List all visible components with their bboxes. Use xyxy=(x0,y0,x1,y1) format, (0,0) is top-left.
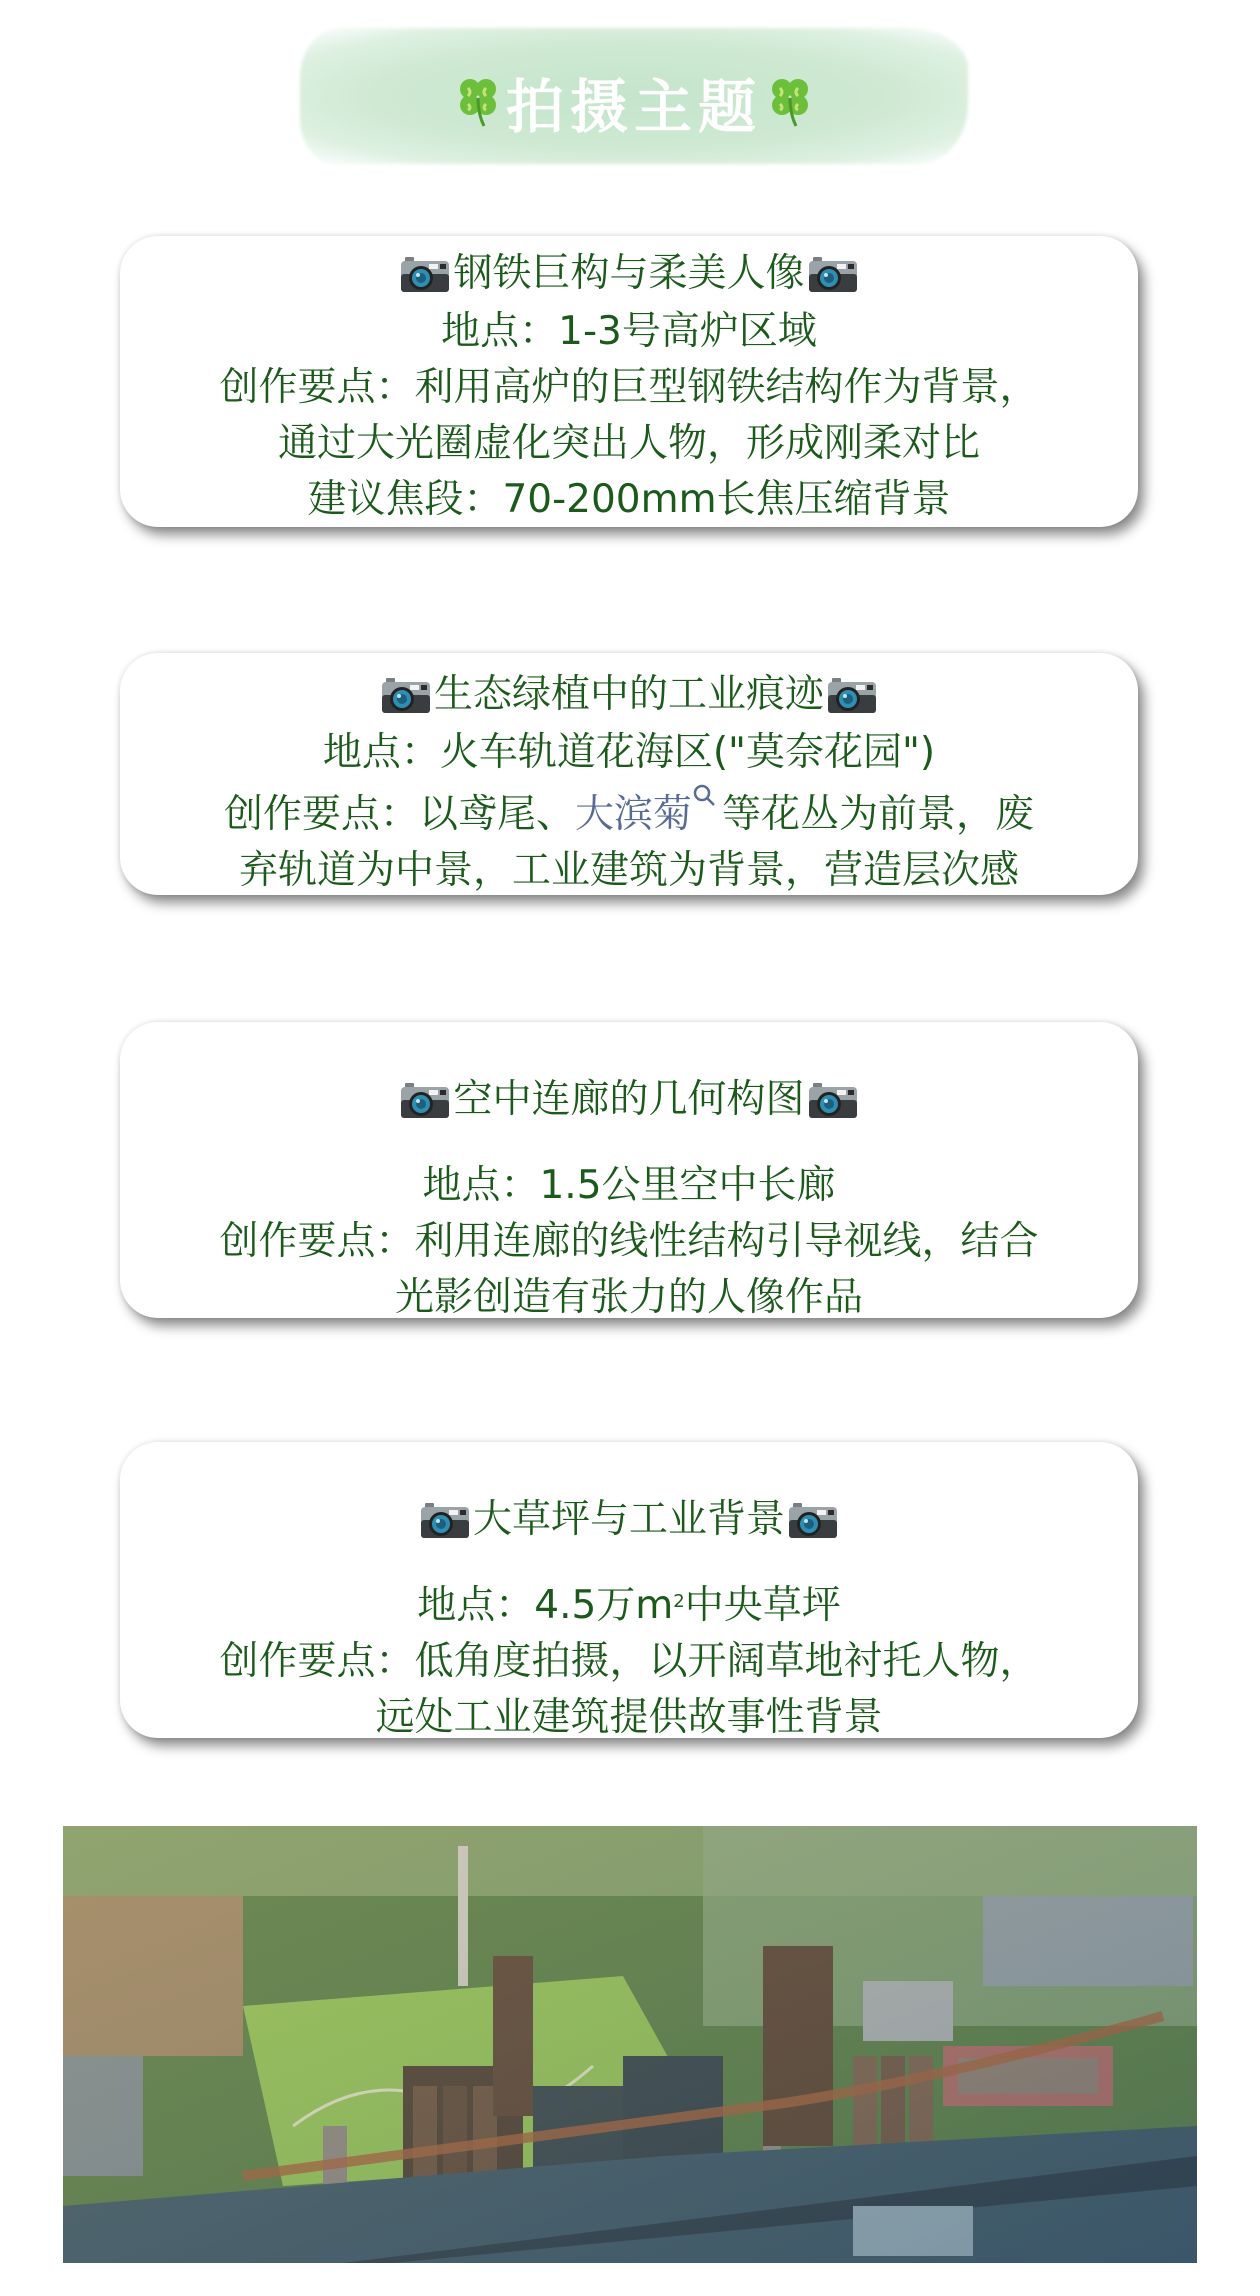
card-title-row: 生态绿植中的工业痕迹 xyxy=(378,667,880,723)
card-point: 创作要点：利用连廊的线性结构引导视线，结合 xyxy=(120,1214,1138,1270)
theme-card: 空中连廊的几何构图 地点：1.5公里空中长廊 创作要点：利用连廊的线性结构引导视… xyxy=(120,1022,1138,1318)
card-point: 通过大光圈虚化突出人物，形成刚柔对比 xyxy=(120,416,1138,472)
card-point: 弃轨道为中景，工业建筑为背景，营造层次感 xyxy=(120,843,1138,899)
camera-icon xyxy=(807,1080,859,1120)
card-location-text: 地点：4.5万m xyxy=(417,1583,673,1628)
card-point: 创作要点：利用高炉的巨型钢铁结构作为背景， xyxy=(120,360,1138,416)
card-title: 大草坪与工业背景 xyxy=(473,1492,785,1548)
card-location-text: 中央草坪 xyxy=(685,1583,841,1628)
aerial-photo xyxy=(63,1826,1197,2263)
card-point-text: 创作要点：以鸢尾、 xyxy=(224,792,575,837)
section-title: 拍摄主题 xyxy=(506,60,762,144)
theme-card: 大草坪与工业背景 地点：4.5万m2中央草坪 创作要点：低角度拍摄，以开阔草地衬… xyxy=(120,1442,1138,1738)
search-link[interactable]: 大滨菊 xyxy=(575,792,692,837)
card-location: 地点：火车轨道花海区("莫奈花园") xyxy=(120,725,1138,781)
card-title: 钢铁巨构与柔美人像 xyxy=(453,246,804,302)
card-point-text: 等花丛为前景，废 xyxy=(722,792,1034,837)
card-title-row: 钢铁巨构与柔美人像 xyxy=(397,246,860,302)
card-title: 生态绿植中的工业痕迹 xyxy=(434,667,824,723)
theme-card: 钢铁巨构与柔美人像 地点：1-3号高炉区域 创作要点：利用高炉的巨型钢铁结构作为… xyxy=(120,236,1138,527)
theme-card: 生态绿植中的工业痕迹 地点：火车轨道花海区("莫奈花园") 创作要点：以鸢尾、大… xyxy=(120,653,1138,895)
card-title-row: 空中连廊的几何构图 xyxy=(397,1072,860,1128)
camera-icon xyxy=(787,1500,839,1540)
card-title: 空中连廊的几何构图 xyxy=(453,1072,804,1128)
card-point: 创作要点：低角度拍摄，以开阔草地衬托人物， xyxy=(120,1634,1138,1690)
camera-icon xyxy=(419,1500,471,1540)
superscript-2: 2 xyxy=(673,1591,684,1612)
card-point: 光影创造有张力的人像作品 xyxy=(120,1270,1138,1326)
four-leaf-clover-icon xyxy=(768,76,812,128)
card-title-row: 大草坪与工业背景 xyxy=(417,1492,841,1548)
industrial-park-aerial-image xyxy=(63,1826,1197,2263)
camera-icon xyxy=(399,254,451,294)
card-focal-length: 建议焦段：70-200mm长焦压缩背景 xyxy=(120,472,1138,528)
card-location: 地点：4.5万m2中央草坪 xyxy=(120,1578,1138,1634)
camera-icon xyxy=(380,675,432,715)
camera-icon xyxy=(399,1080,451,1120)
camera-icon xyxy=(826,675,878,715)
card-location: 地点：1.5公里空中长廊 xyxy=(120,1158,1138,1214)
four-leaf-clover-icon xyxy=(456,76,500,128)
search-icon[interactable] xyxy=(692,783,718,809)
card-point: 创作要点：以鸢尾、大滨菊等花丛为前景，废 xyxy=(120,787,1138,843)
section-header: 拍摄主题 xyxy=(300,28,968,164)
camera-icon xyxy=(807,254,859,294)
card-point: 远处工业建筑提供故事性背景 xyxy=(120,1690,1138,1746)
card-location: 地点：1-3号高炉区域 xyxy=(120,304,1138,360)
